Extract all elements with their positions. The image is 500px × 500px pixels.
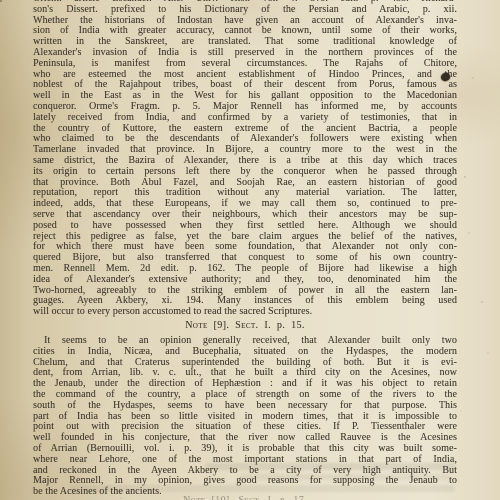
text-line: posed to have possessed when they first … — [33, 221, 457, 232]
text-line: will occur to every person accustomed to… — [33, 307, 457, 318]
note10-heading-partial: Note [10]. Sect. I. p. 17. — [33, 495, 457, 500]
note9-heading: Note [9]. Sect. I. p. 15. — [33, 320, 457, 331]
paper-speck — [0, 0, 2, 2]
text-line: cities in India, Nicæa, and Bucephalia, … — [33, 347, 457, 358]
note9-paragraph: It seems to be an opinion generally rece… — [33, 336, 457, 498]
text-line: son's Dissert. prefixed to his Dictionar… — [33, 5, 457, 16]
note9-heading-pageref: p. 15. — [271, 320, 305, 331]
text-line: south of the Hydaspes, seems to have bee… — [33, 401, 457, 412]
text-line: idea of Alexander's extensive authority;… — [33, 275, 457, 286]
text-line: its origin to certain persons left there… — [33, 167, 457, 178]
text-line: lately received from India, and confirme… — [33, 113, 457, 124]
note10-heading-label: Note [10]. Sect. I. p. 17. — [183, 495, 307, 500]
note9-heading-label: Note [9]. Sect. I. — [185, 320, 271, 331]
scanned-book-page: Orient. article Escander. Anc. Univ. His… — [0, 0, 500, 500]
note8-paragraph: Orient. article Escander. Anc. Univ. His… — [33, 0, 457, 318]
text-line: where near Lehore, one of the most impor… — [33, 455, 457, 466]
text-line: Peninsula, is manifest from several circ… — [33, 59, 457, 70]
